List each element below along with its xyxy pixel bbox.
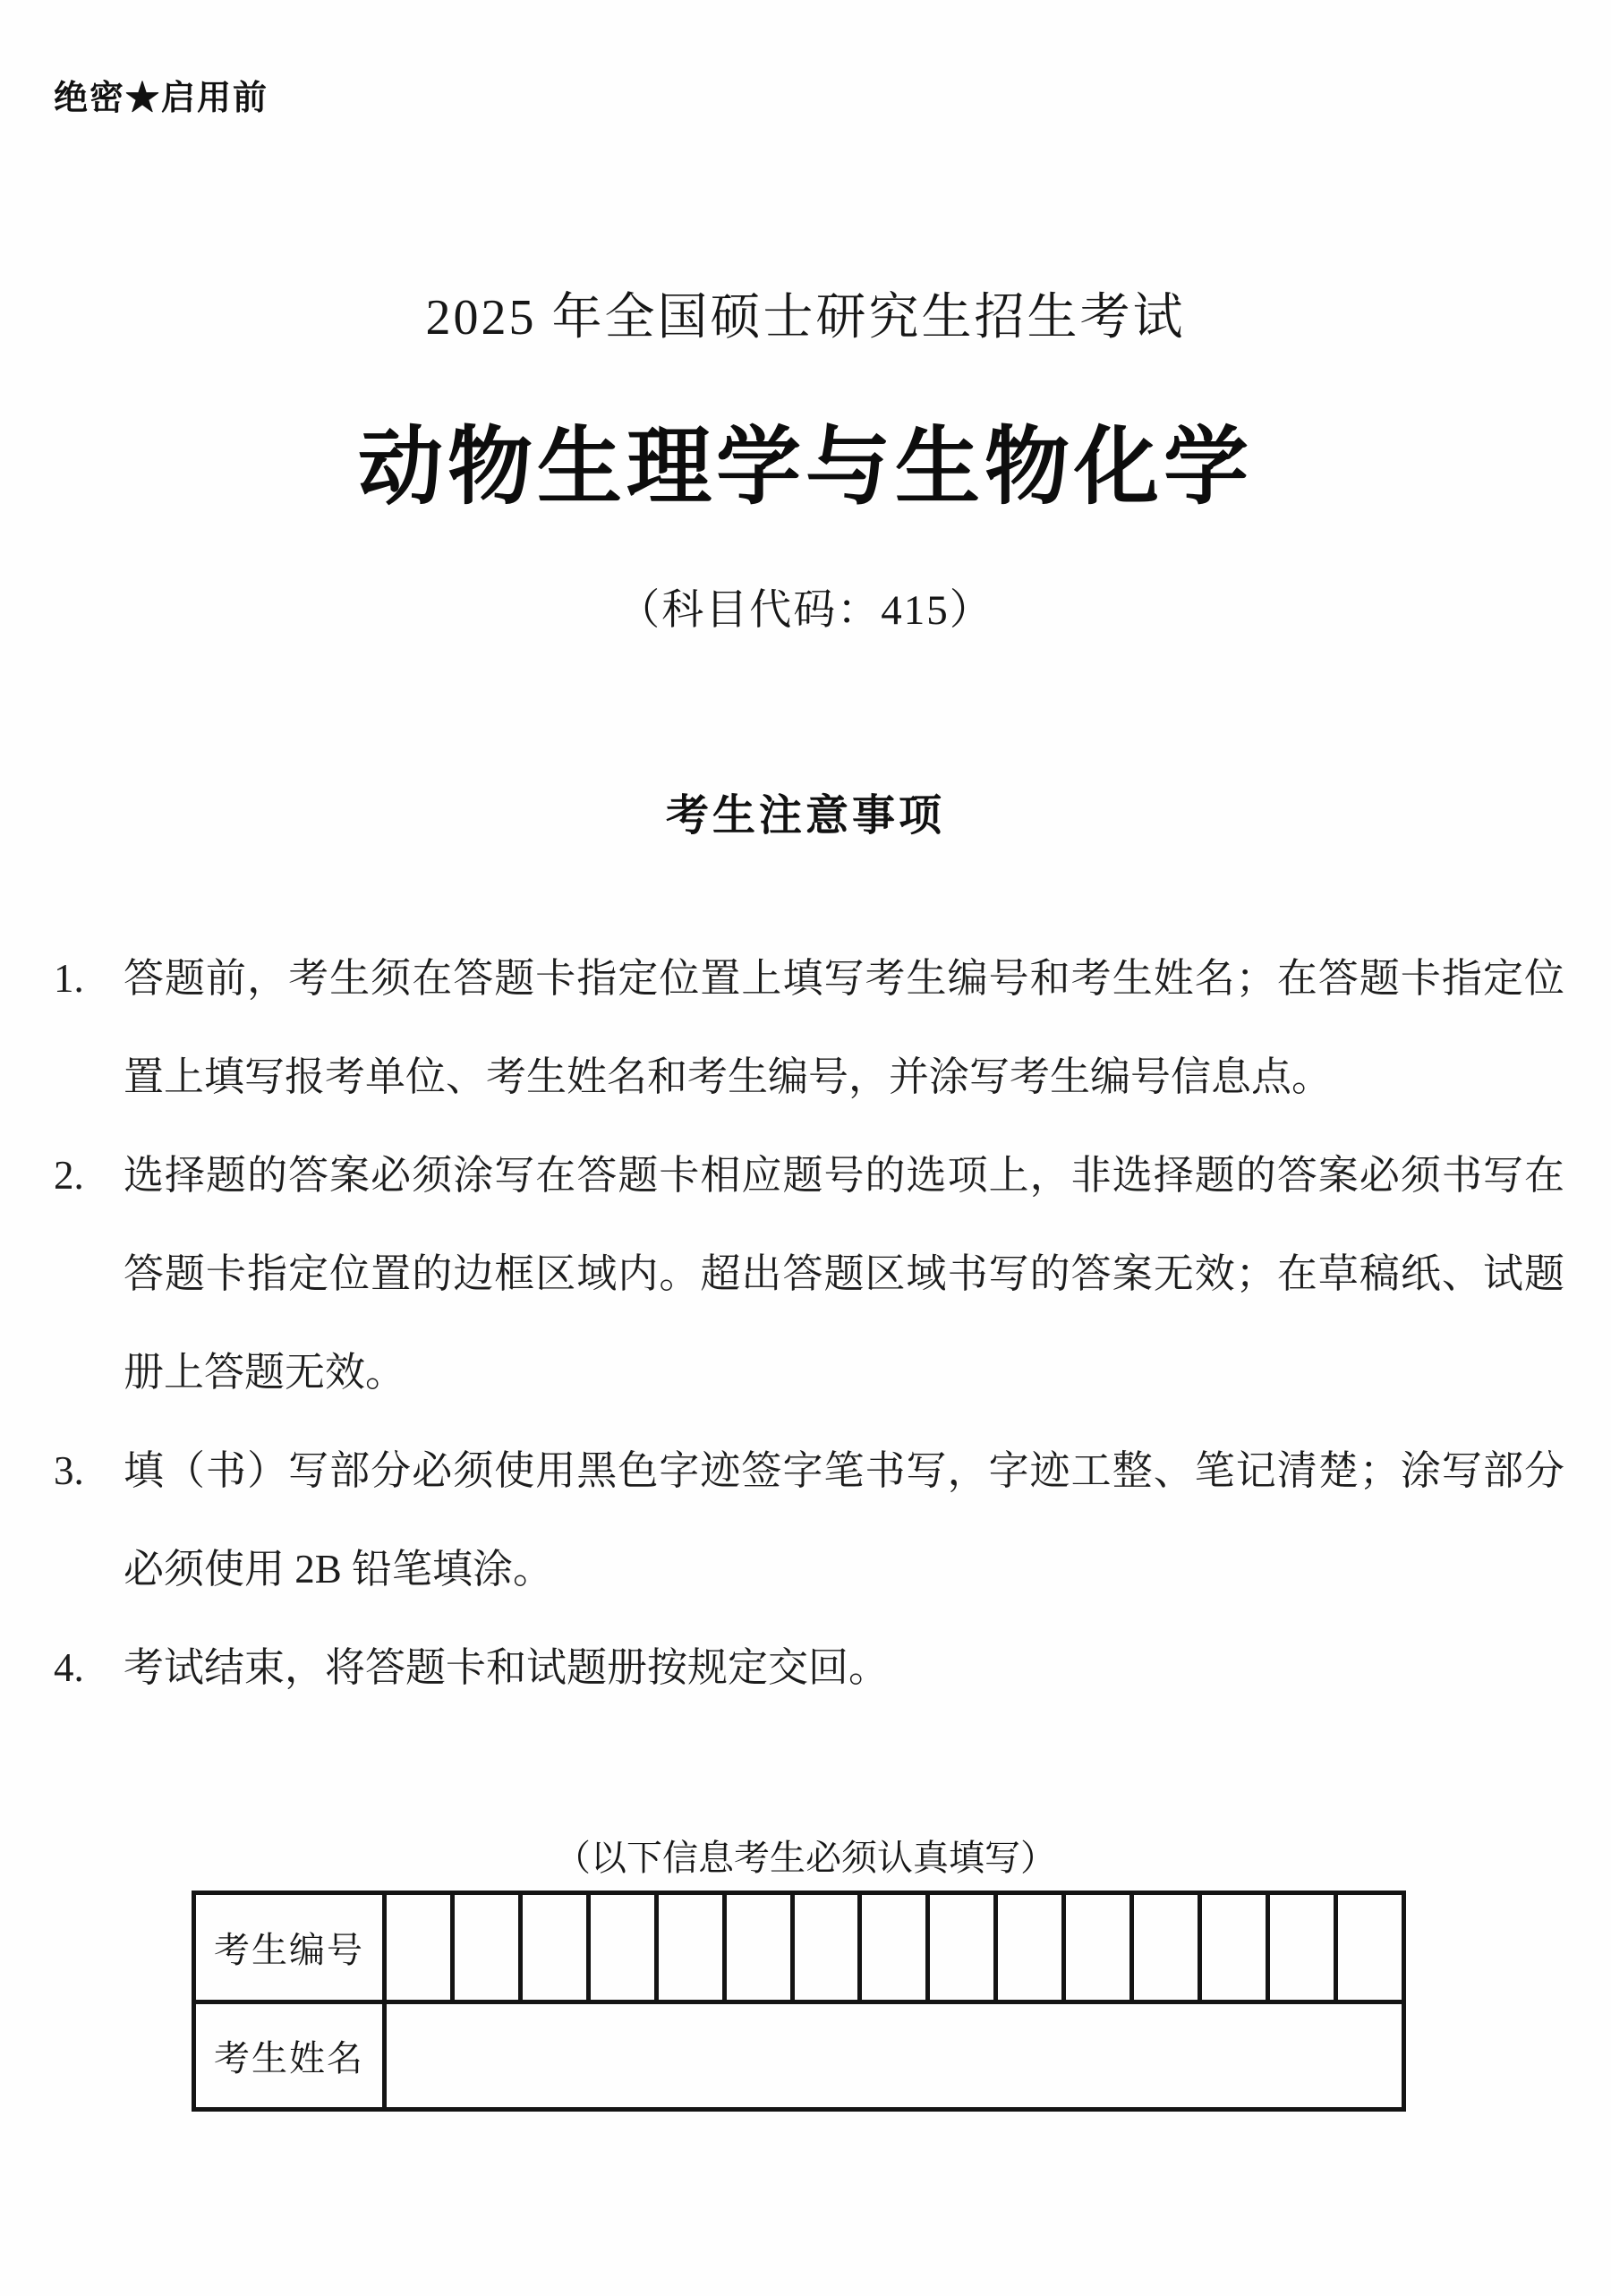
candidate-number-cell-3[interactable] — [520, 1893, 588, 2002]
candidate-number-label: 考生编号 — [194, 1893, 385, 2002]
subject-title: 动物生理学与生物化学 — [0, 399, 1611, 521]
candidate-number-cell-9[interactable] — [928, 1893, 996, 2002]
candidate-number-cell-11[interactable] — [1064, 1893, 1132, 2002]
notice-item-3-number: 3. — [54, 1421, 84, 1520]
candidate-number-cell-1[interactable] — [385, 1893, 453, 2002]
notice-item-1-number: 1. — [54, 929, 84, 1028]
notice-item-2-text: 选择题的答案必须涂写在答题卡相应题号的选项上，非选择题的答案必须书写在答题卡指定… — [124, 1153, 1564, 1395]
candidate-number-cell-10[interactable] — [996, 1893, 1064, 2002]
candidate-number-cell-13[interactable] — [1200, 1893, 1268, 2002]
notice-heading: 考生注意事项 — [0, 781, 1611, 842]
candidate-name-row: 考生姓名 — [194, 2002, 1404, 2110]
notice-item-4-text: 考试结束，将答题卡和试题册按规定交回。 — [124, 1645, 889, 1690]
notice-item-1-text: 答题前，考生须在答题卡指定位置上填写考生编号和考生姓名；在答题卡指定位置上填写报… — [124, 956, 1564, 1099]
candidate-number-row: 考生编号 — [194, 1893, 1404, 2002]
notice-item-4: 4. 考试结束，将答题卡和试题册按规定交回。 — [54, 1618, 1564, 1717]
notice-item-1: 1. 答题前，考生须在答题卡指定位置上填写考生编号和考生姓名；在答题卡指定位置上… — [54, 929, 1564, 1126]
fill-note: （以下信息考生必须认真填写） — [0, 1830, 1611, 1881]
candidate-number-cell-2[interactable] — [452, 1893, 520, 2002]
exam-session-title: 2025 年全国硕士研究生招生考试 — [0, 277, 1611, 349]
notice-item-4-number: 4. — [54, 1618, 84, 1717]
notice-item-2: 2. 选择题的答案必须涂写在答题卡相应题号的选项上，非选择题的答案必须书写在答题… — [54, 1126, 1564, 1421]
candidate-number-cell-12[interactable] — [1132, 1893, 1200, 2002]
exam-cover-page: 绝密★启用前 2025 年全国硕士研究生招生考试 动物生理学与生物化学 （科目代… — [0, 0, 1611, 2296]
notice-list: 1. 答题前，考生须在答题卡指定位置上填写考生编号和考生姓名；在答题卡指定位置上… — [54, 929, 1564, 1717]
candidate-name-input-cell[interactable] — [385, 2002, 1404, 2110]
candidate-number-cell-7[interactable] — [792, 1893, 860, 2002]
candidate-info-table: 考生编号 考生姓名 — [192, 1891, 1406, 2112]
subject-code: （科目代码：415） — [0, 576, 1611, 636]
candidate-number-cell-6[interactable] — [724, 1893, 792, 2002]
notice-item-3: 3. 填（书）写部分必须使用黑色字迹签字笔书写，字迹工整、笔记清楚；涂写部分必须… — [54, 1421, 1564, 1618]
notice-item-2-number: 2. — [54, 1126, 84, 1225]
candidate-number-cell-4[interactable] — [588, 1893, 656, 2002]
notice-item-3-text: 填（书）写部分必须使用黑色字迹签字笔书写，字迹工整、笔记清楚；涂写部分必须使用 … — [124, 1448, 1564, 1592]
candidate-number-cell-8[interactable] — [860, 1893, 928, 2002]
candidate-number-cell-5[interactable] — [656, 1893, 724, 2002]
classification-banner: 绝密★启用前 — [54, 70, 268, 119]
candidate-number-cell-14[interactable] — [1267, 1893, 1335, 2002]
candidate-name-label: 考生姓名 — [194, 2002, 385, 2110]
candidate-number-cell-15[interactable] — [1335, 1893, 1403, 2002]
